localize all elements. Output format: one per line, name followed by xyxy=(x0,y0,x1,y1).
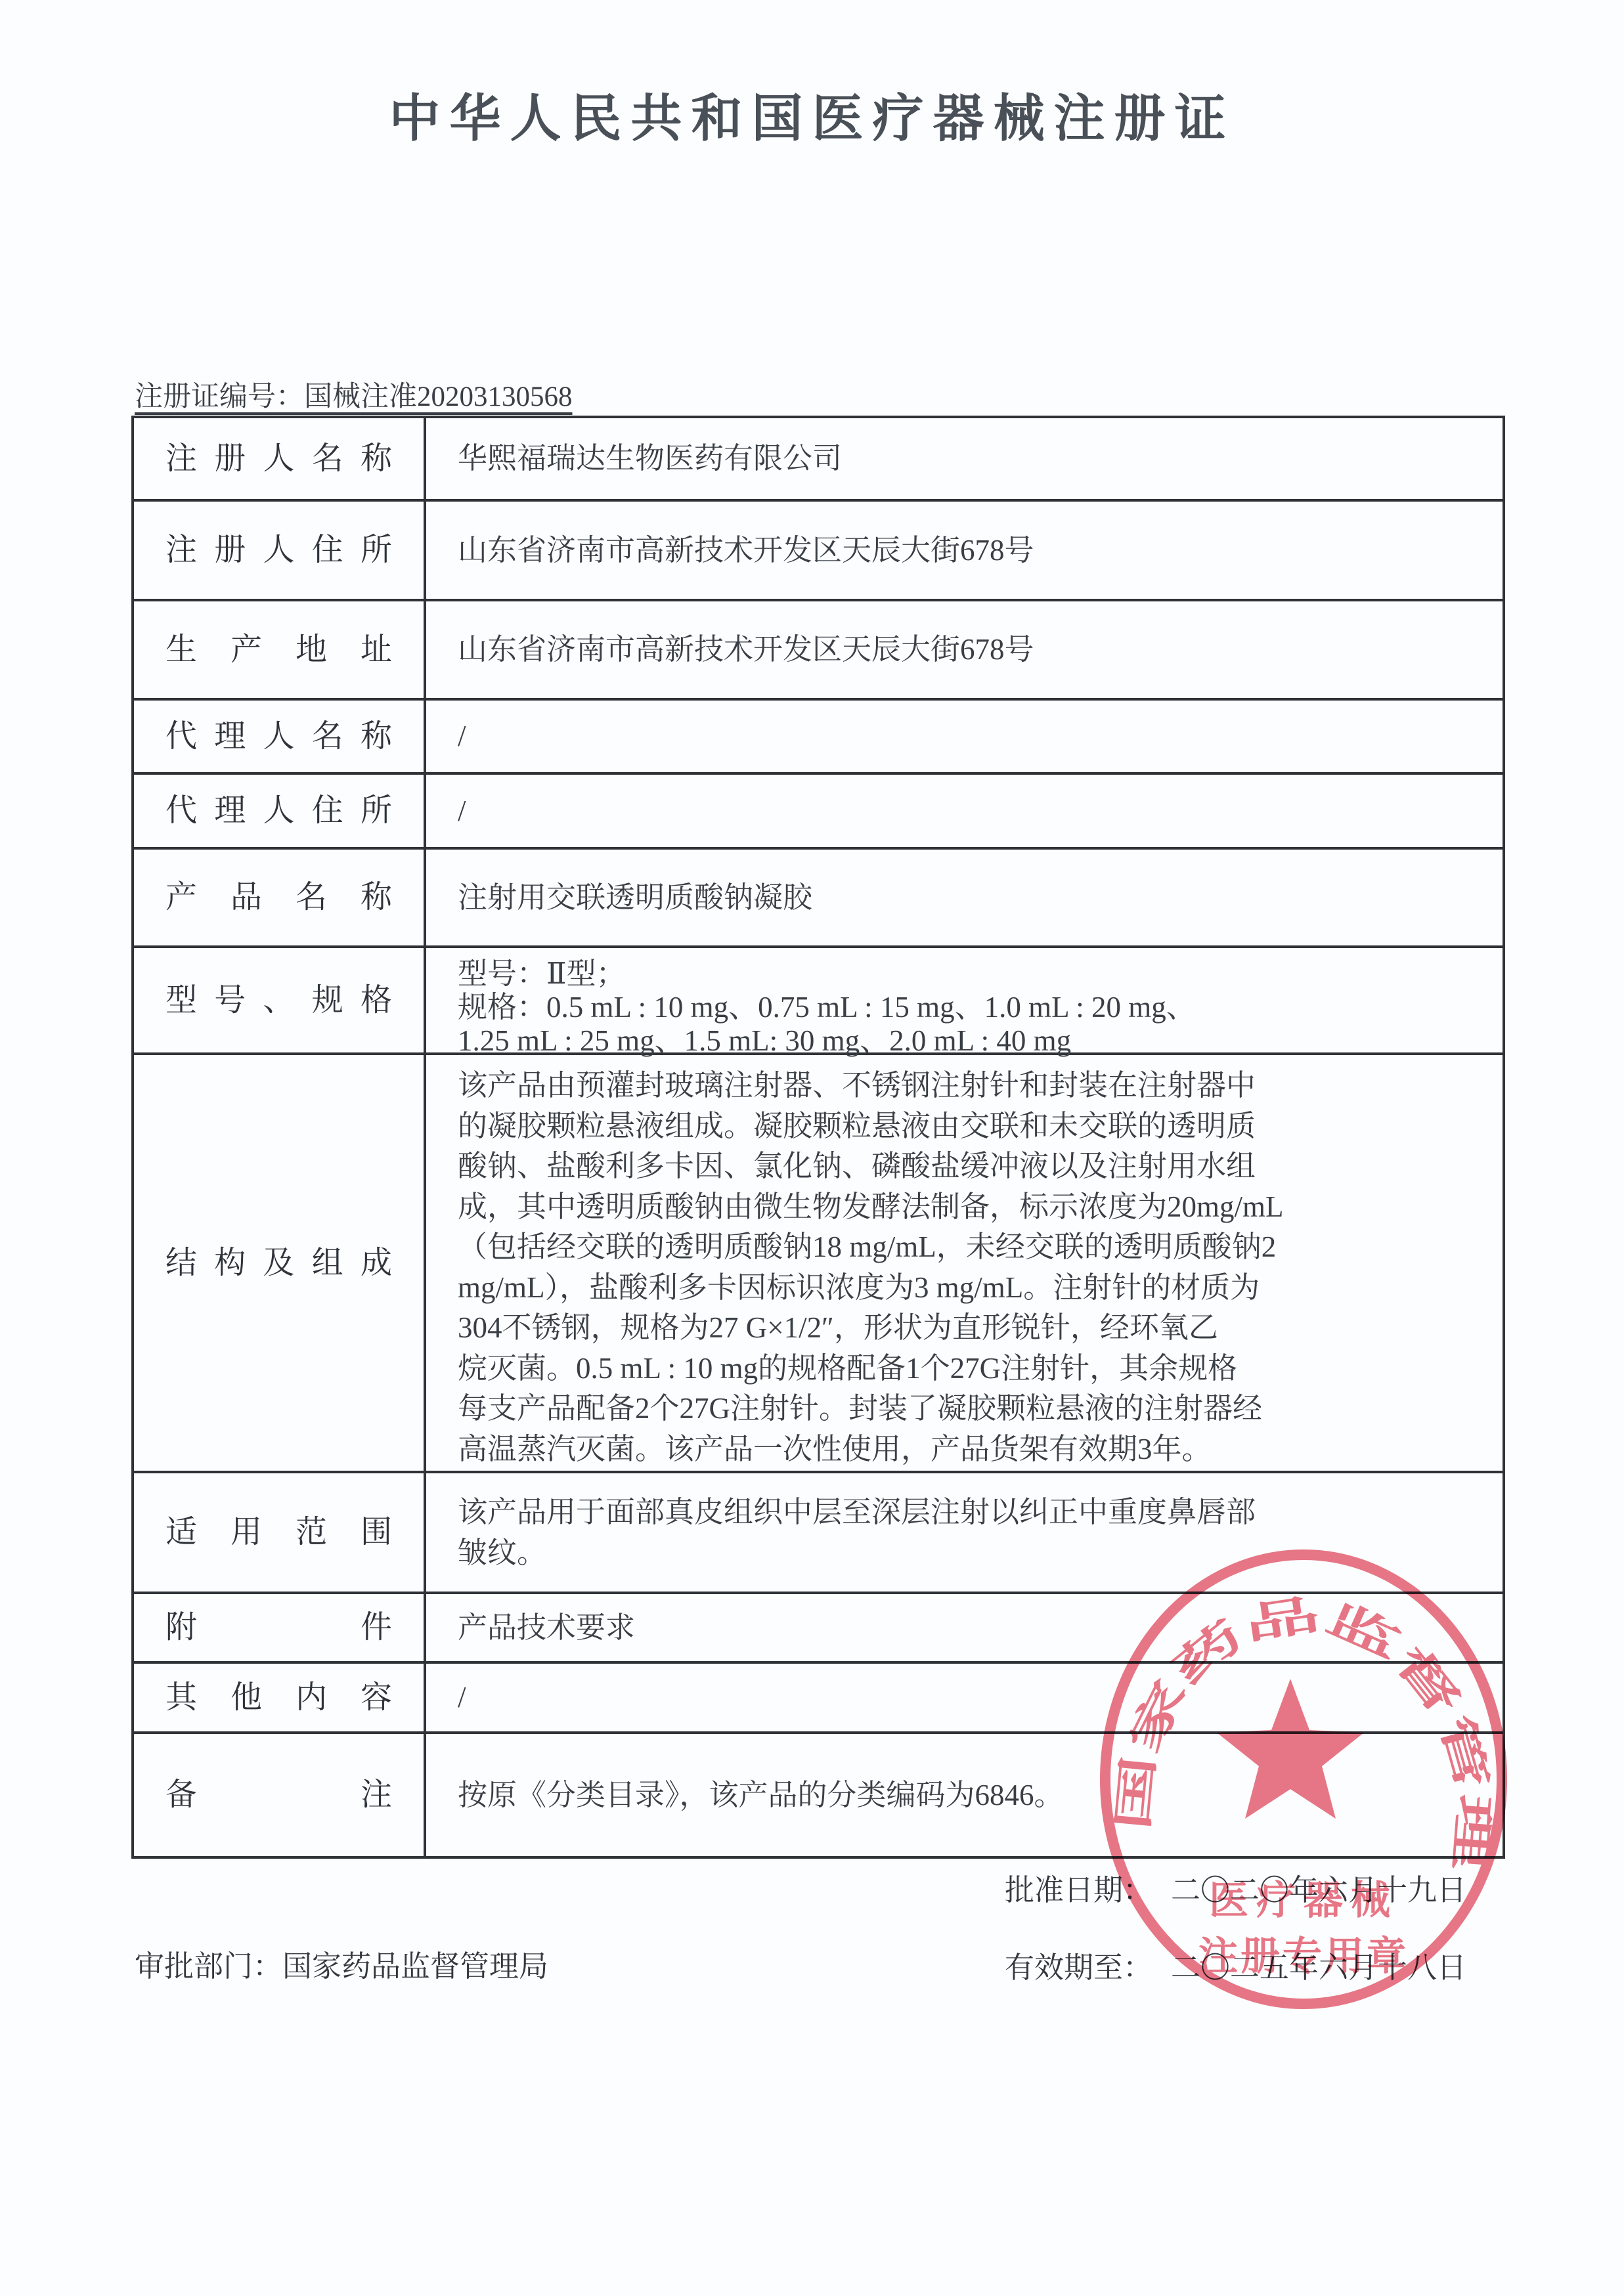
approval-department: 审批部门：国家药品监督管理局 xyxy=(135,1942,548,1985)
row-label: 注册人名称 xyxy=(134,418,426,499)
table-row-remarks: 备注 按原《分类目录》，该产品的分类编码为6846。 xyxy=(134,1734,1503,1856)
row-label: 代理人名称 xyxy=(134,701,426,772)
row-value: / xyxy=(426,1664,1503,1731)
row-value: 华熙福瑞达生物医药有限公司 xyxy=(426,418,1503,499)
certificate-number-label: 注册证编号： xyxy=(135,381,304,412)
row-value: 该产品由预灌封玻璃注射器、不锈钢注射针和封装在注射器中 的凝胶颗粒悬液组成。凝胶… xyxy=(426,1055,1503,1471)
row-value: 型号：Ⅱ型； 规格：0.5 mL : 10 mg、0.75 mL : 15 mg… xyxy=(426,948,1503,1052)
table-row-agent-name: 代理人名称 / xyxy=(134,701,1503,775)
valid-until-value: 二〇二五年六月十八日 xyxy=(1171,1951,1466,1984)
valid-until-label: 有效期至： xyxy=(1005,1951,1152,1984)
row-label: 其他内容 xyxy=(134,1664,426,1731)
certificate-page: 中华人民共和国医疗器械注册证 注册证编号：国械注准20203130568 注册人… xyxy=(0,0,1624,2296)
row-label: 注册人住所 xyxy=(134,502,426,599)
registration-table: 注册人名称 华熙福瑞达生物医药有限公司 注册人住所 山东省济南市高新技术开发区天… xyxy=(131,416,1505,1859)
row-value: / xyxy=(426,701,1503,772)
row-label: 备注 xyxy=(134,1734,426,1856)
table-row-attachment: 附件 产品技术要求 xyxy=(134,1594,1503,1664)
approval-department-label: 审批部门： xyxy=(135,1950,282,1983)
page-title: 中华人民共和国医疗器械注册证 xyxy=(0,77,1624,151)
row-value: 按原《分类目录》，该产品的分类编码为6846。 xyxy=(426,1734,1503,1856)
row-value: 该产品用于面部真皮组织中层至深层注射以纠正中重度鼻唇部 皱纹。 xyxy=(426,1473,1503,1592)
row-value: 注射用交联透明质酸钠凝胶 xyxy=(426,850,1503,945)
row-value: / xyxy=(426,775,1503,847)
table-row-intended-use: 适用范围 该产品用于面部真皮组织中层至深层注射以纠正中重度鼻唇部 皱纹。 xyxy=(134,1473,1503,1594)
table-row-product-name: 产品名称 注射用交联透明质酸钠凝胶 xyxy=(134,850,1503,948)
row-label: 适用范围 xyxy=(134,1473,426,1592)
row-label: 代理人住所 xyxy=(134,775,426,847)
row-label: 产品名称 xyxy=(134,850,426,945)
approve-date: 批准日期：二〇二〇年六月十九日 xyxy=(1005,1866,1466,1909)
row-value: 产品技术要求 xyxy=(426,1594,1503,1661)
row-label: 生产地址 xyxy=(134,601,426,698)
row-value: 山东省济南市高新技术开发区天辰大街678号 xyxy=(426,601,1503,698)
row-label: 结构及组成 xyxy=(134,1055,426,1471)
table-row-agent-address: 代理人住所 / xyxy=(134,775,1503,850)
table-row-structure-composition: 结构及组成 该产品由预灌封玻璃注射器、不锈钢注射针和封装在注射器中 的凝胶颗粒悬… xyxy=(134,1055,1503,1473)
approve-date-value: 二〇二〇年六月十九日 xyxy=(1171,1874,1466,1907)
approval-department-value: 国家药品监督管理局 xyxy=(282,1950,548,1983)
certificate-number: 注册证编号：国械注准20203130568 xyxy=(135,374,573,414)
table-row-registrant-name: 注册人名称 华熙福瑞达生物医药有限公司 xyxy=(134,418,1503,502)
table-row-model-spec: 型号、规格 型号：Ⅱ型； 规格：0.5 mL : 10 mg、0.75 mL :… xyxy=(134,948,1503,1055)
table-row-other-content: 其他内容 / xyxy=(134,1664,1503,1734)
valid-until-date: 有效期至：二〇二五年六月十八日 xyxy=(1005,1943,1466,1986)
row-label: 附件 xyxy=(134,1594,426,1661)
approve-date-label: 批准日期： xyxy=(1005,1874,1152,1907)
row-value: 山东省济南市高新技术开发区天辰大街678号 xyxy=(426,502,1503,599)
certificate-number-value: 国械注准20203130568 xyxy=(304,381,573,412)
table-row-production-address: 生产地址 山东省济南市高新技术开发区天辰大街678号 xyxy=(134,601,1503,701)
table-row-registrant-address: 注册人住所 山东省济南市高新技术开发区天辰大街678号 xyxy=(134,502,1503,601)
row-label: 型号、规格 xyxy=(134,948,426,1052)
